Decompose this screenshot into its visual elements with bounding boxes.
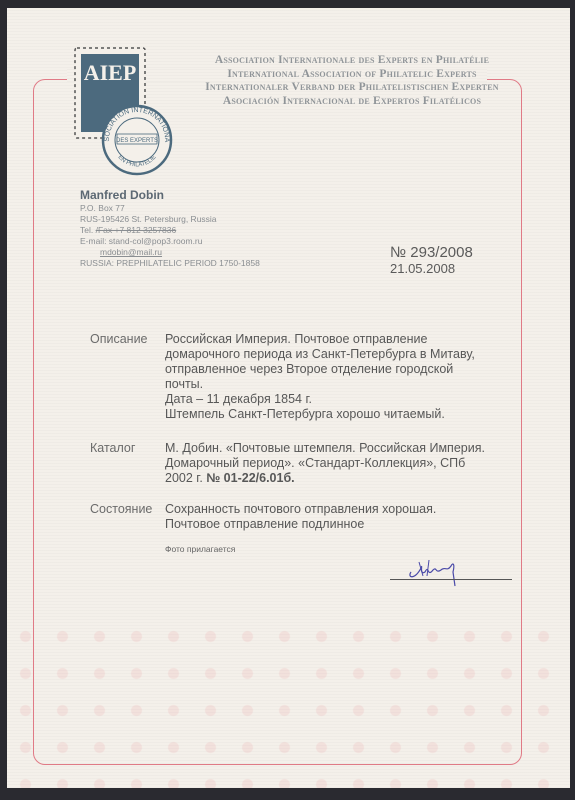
section-label: Состояние bbox=[90, 502, 160, 517]
text-line: Сохранность почтового отправления хороша… bbox=[165, 502, 515, 517]
catalog-year: 2002 г. bbox=[165, 471, 206, 485]
catalog-number: № 01-22/6.01б. bbox=[206, 471, 294, 485]
text-line: Дата – 11 декабря 1854 г. bbox=[165, 392, 515, 407]
sender-phone: Tel. /Fax +7 812 3257836 bbox=[80, 225, 260, 236]
text-line: домарочного периода из Санкт-Петербурга … bbox=[165, 347, 515, 362]
phone-struck: /Fax +7 812 3257836 bbox=[96, 225, 177, 235]
text-line: Российская Империя. Почтовое отправление bbox=[165, 332, 515, 347]
section-text: М. Добин. «Почтовые штемпеля. Российская… bbox=[165, 441, 515, 486]
sender-po-box: P.O. Box 77 bbox=[80, 203, 260, 214]
red-border-frame bbox=[33, 79, 522, 765]
sender-name: Manfred Dobin bbox=[80, 188, 260, 203]
logo-text: AIEP bbox=[84, 60, 137, 85]
sender-email-alt: mdobin@mail.ru bbox=[80, 247, 260, 258]
certificate-date: 21.05.2008 bbox=[390, 261, 473, 277]
phone-label: Tel. bbox=[80, 225, 93, 235]
association-names: Association Internationale des Experts e… bbox=[172, 54, 532, 108]
text-line: Домарочный период». «Стандарт-Коллекция»… bbox=[165, 456, 515, 471]
text-line: почты. bbox=[165, 377, 515, 392]
sender-specialty: RUSSIA: PREPHILATELIC PERIOD 1750-1858 bbox=[80, 258, 260, 269]
section-text: Российская Империя. Почтовое отправление… bbox=[165, 332, 515, 422]
sender-address: RUS-195426 St. Petersburg, Russia bbox=[80, 214, 260, 225]
section-label: Каталог bbox=[90, 441, 160, 456]
signature-icon bbox=[405, 550, 465, 590]
sender-block: Manfred Dobin P.O. Box 77 RUS-195426 St.… bbox=[80, 188, 260, 269]
section-text: Сохранность почтового отправления хороша… bbox=[165, 502, 515, 532]
text-line: Почтовое отправление подлинное bbox=[165, 517, 515, 532]
association-name-de: Internationaler Verband der Philatelisti… bbox=[172, 81, 532, 95]
photo-note: Фото прилагается bbox=[165, 544, 235, 554]
aiep-logo-icon: AIEP ASSOCIATION INTERNATIONALE EN PHILA… bbox=[67, 40, 177, 180]
section-label: Описание bbox=[90, 332, 160, 347]
association-name-es: Asociación Internacional de Expertos Fil… bbox=[172, 95, 532, 109]
svg-text:DES EXPERTS: DES EXPERTS bbox=[116, 138, 158, 144]
text-line: отправленное через Второе отделение горо… bbox=[165, 362, 515, 377]
association-name-fr: Association Internationale des Experts e… bbox=[172, 54, 532, 68]
text-line: 2002 г. № 01-22/6.01б. bbox=[165, 471, 515, 486]
signature-line bbox=[390, 579, 512, 580]
text-line: Штемпель Санкт-Петербурга хорошо читаемы… bbox=[165, 407, 515, 422]
certificate-number-block: № 293/2008 21.05.2008 bbox=[390, 244, 473, 277]
text-line: М. Добин. «Почтовые штемпеля. Российская… bbox=[165, 441, 515, 456]
sender-email: E-mail: stand-col@pop3.room.ru bbox=[80, 236, 260, 247]
certificate-number: № 293/2008 bbox=[390, 244, 473, 261]
association-name-en: International Association of Philatelic … bbox=[172, 68, 532, 82]
